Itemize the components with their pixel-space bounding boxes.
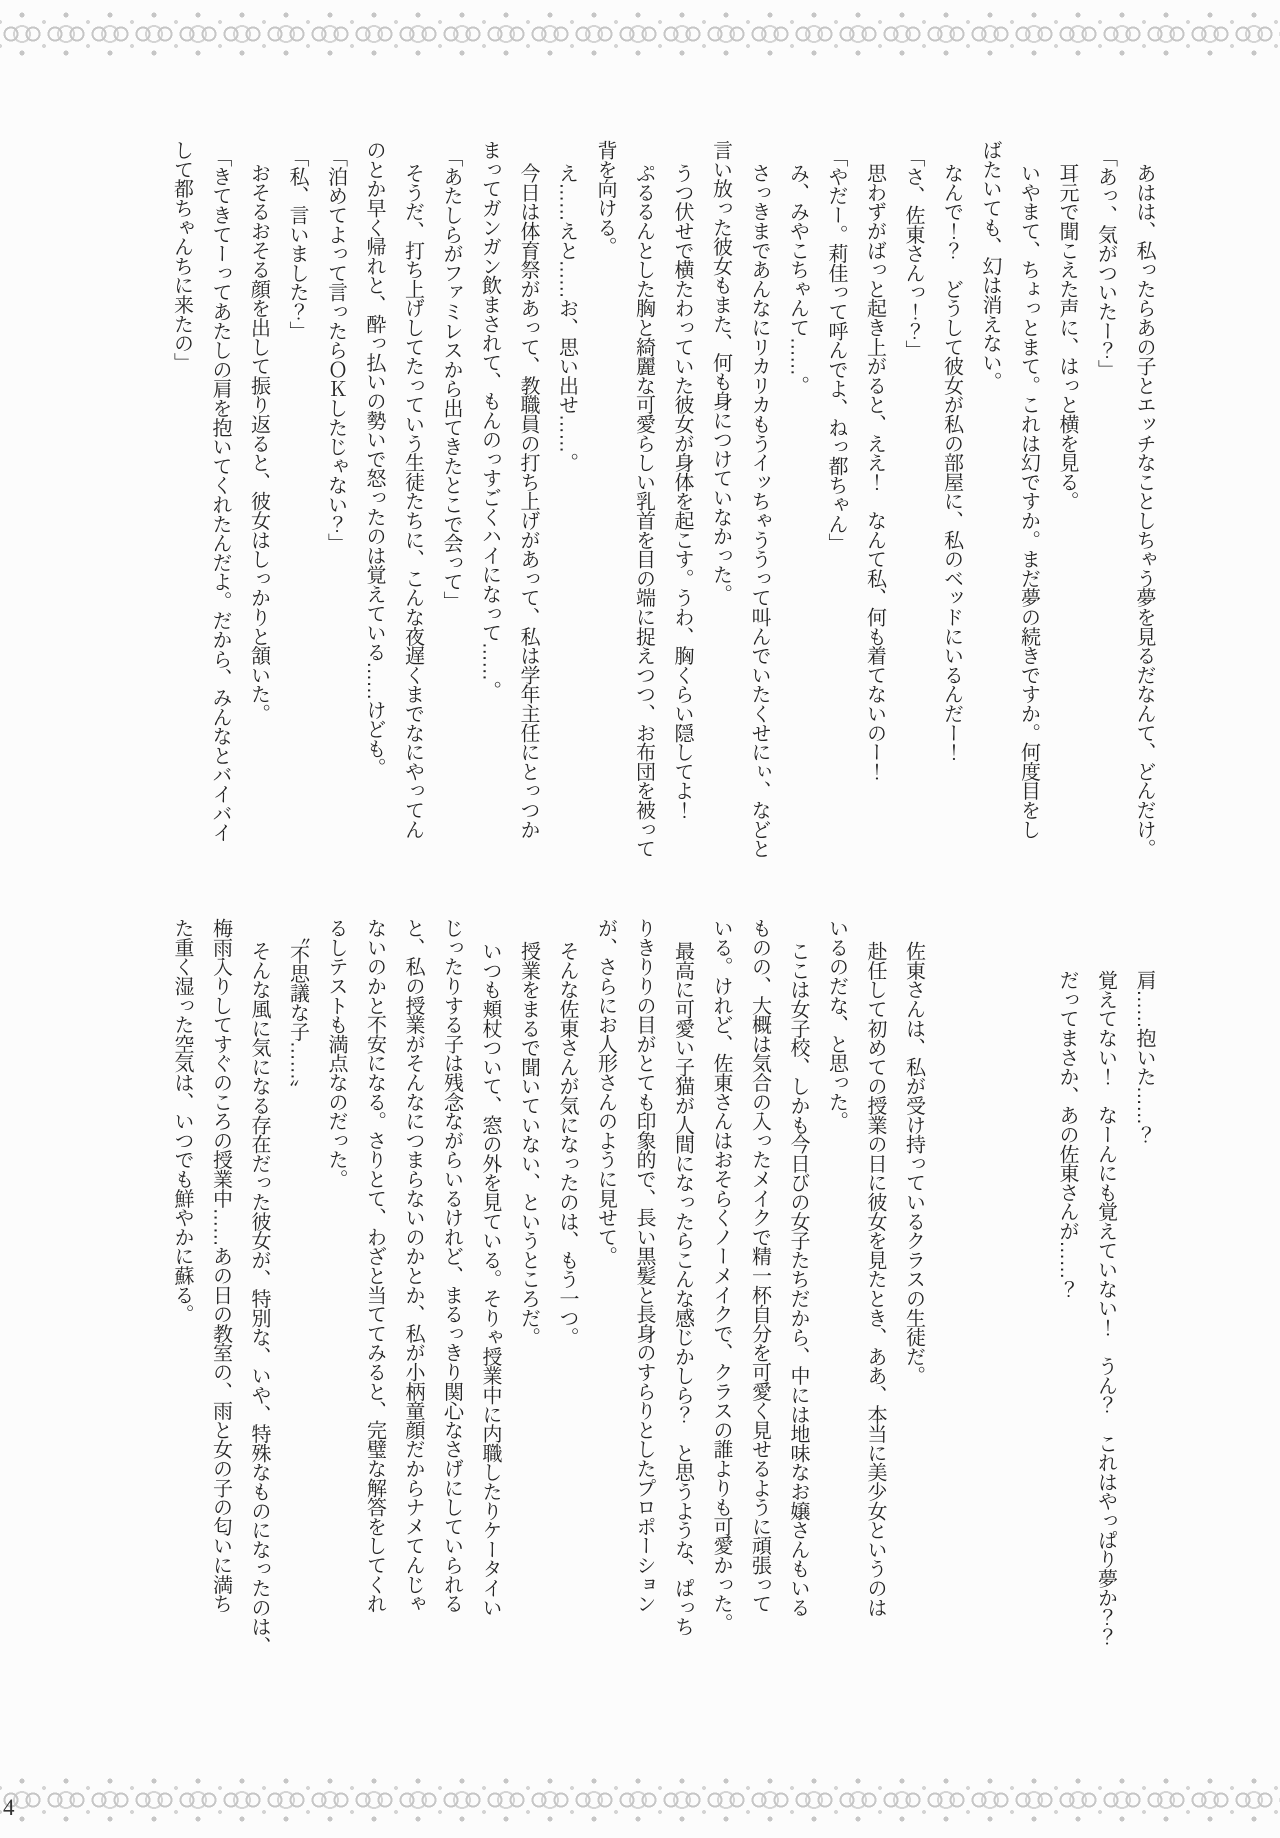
text-line: み、みやこちゃんて……。: [778, 140, 817, 888]
text-line: 肩……抱いた……？: [1125, 918, 1164, 1666]
text-line: 思わずがばっと起き上がると、ええ！ なんて私、何も着てないのー！: [855, 140, 894, 888]
text-line: ここは女子校、しかも今日びの女子たちだから、中には地味なお嬢さんもいる: [779, 918, 818, 1666]
upper-text-block: あはは、私ったらあの子とエッチなことしちゃう夢を見るだなんて、どんだけ。「あっ、…: [162, 140, 1163, 888]
text-line: え……えと……お、思い出せ……。: [547, 140, 586, 888]
lace-border-top: [0, 6, 1280, 62]
text-line: と、私の授業がそんなにつまらないのかとか、私が小柄童顔だからナメてんじゃ: [394, 918, 433, 1666]
text-line: 耳元で聞こえた声に、はっと横を見る。: [1048, 140, 1087, 888]
text-line: 背を向ける。: [586, 140, 625, 888]
text-line: そんな佐東さんが気になったのは、もう一つ。: [548, 918, 587, 1666]
text-line: 授業をまるで聞いていない、というところだ。: [509, 918, 548, 1666]
text-line: そんな風に気になる存在だった彼女が、特別な、いや、特殊なものになったのは、: [240, 918, 279, 1666]
text-line: 梅雨入りしてすぐのころの授業中……あの日の教室の、雨と女の子の匂いに満ち: [201, 918, 240, 1666]
text-line: ばたいても、幻は消えない。: [971, 140, 1010, 888]
text-line: ないのかと不安になる。さりとて、わざと当ててみると、完璧な解答をしてくれ: [355, 918, 394, 1666]
text-line: 「やだー。莉佳って呼んでよ、ねっ都ちゃん」: [817, 140, 856, 888]
text-line: ぷるるんとした胸と綺麗な可愛らしい乳首を目の端に捉えつつ、お布団を被って: [624, 140, 663, 888]
text-line: そうだ、打ち上げしてたっていう生徒たちに、こんな夜遅くまでなにやってん: [393, 140, 432, 888]
scanned-novel-page: あはは、私ったらあの子とエッチなことしちゃう夢を見るだなんて、どんだけ。「あっ、…: [0, 0, 1280, 1838]
text-line: 覚えてない！ なーんにも覚えていない！ うん？ これはやっぱり夢か？？: [1086, 918, 1125, 1666]
text-line: 赴任して初めての授業の日に彼女を見たとき、ああ、本当に美少女というのは: [856, 918, 895, 1666]
text-line: 「あたしらがファミレスから出てきたとこで会って」: [432, 140, 471, 888]
page-number: 4: [3, 1795, 15, 1821]
text-line: じったりする子は残念ながらいるけれど、まるっきり関心なさげにしていられる: [432, 918, 471, 1666]
text-line: りきりりの目がとても印象的で、長い黒髪と長身のすらりとしたプロポーション: [625, 918, 664, 1666]
text-line: 言い放った彼女もまた、何も身につけていなかった。: [701, 140, 740, 888]
text-line: 〝不思議な子……〟: [278, 918, 317, 1666]
text-line: 今日は体育祭があって、教職員の打ち上げがあって、私は学年主任にとっつか: [509, 140, 548, 888]
lower-text-block: 肩……抱いた……？覚えてない！ なーんにも覚えていない！ うん？ これはやっぱり…: [163, 918, 1164, 1666]
text-line: いる。けれど、佐東さんはおそらくノーメイクで、クラスの誰よりも可愛かった。: [702, 918, 741, 1666]
text-line: 「泊めてよって言ったらＯＫしたじゃない？」: [316, 140, 355, 888]
text-line: た重く湿った空気は、いつでも鮮やかに蘇る。: [163, 918, 202, 1666]
text-line: のとか早く帰れと、酔っ払いの勢いで怒ったのは覚えている……けども。: [355, 140, 394, 888]
text-line: 「あっ、気がついたー？」: [1086, 140, 1125, 888]
text-line: 最高に可愛い子猫が人間になったらこんな感じかしら？ と思うような、ぱっち: [663, 918, 702, 1666]
text-line: して都ちゃんちに来たの」: [162, 140, 201, 888]
text-line: いやまて、ちょっとまて。これは幻ですか。まだ夢の続きですか。何度目をし: [1009, 140, 1048, 888]
text-line: おそるおそる顔を出して振り返ると、彼女はしっかりと頷いた。: [239, 140, 278, 888]
text-line: あはは、私ったらあの子とエッチなことしちゃう夢を見るだなんて、どんだけ。: [1125, 140, 1164, 888]
text-line: まってガンガン飲まされて、もんのっすごくハイになって……。: [470, 140, 509, 888]
text-line: 佐東さんは、私が受け持っているクラスの生徒だ。: [894, 918, 933, 1666]
text-line: いるのだな、と思った。: [817, 918, 856, 1666]
text-line: いつも頬杖ついて、窓の外を見ている。そりゃ授業中に内職したりケータイい: [471, 918, 510, 1666]
text-line: が、さらにお人形さんのように見せて。: [586, 918, 625, 1666]
text-line: 「私、言いました？」: [278, 140, 317, 888]
text-line: 「さ、佐東さんっ！？」: [894, 140, 933, 888]
text-line: うつ伏せで横たわっていた彼女が身体を起こす。うわ、胸くらい隠してよ！: [663, 140, 702, 888]
text-line: ものの、大概は気合の入ったメイクで精一杯自分を可愛く見せるように頑張って: [740, 918, 779, 1666]
text-line: さっきまであんなにリカリカもうイッちゃううって叫んでいたくせにぃ、などと: [740, 140, 779, 888]
text-line: だってまさか、あの佐東さんが……？: [1048, 918, 1087, 1666]
text-line: るしテストも満点なのだった。: [317, 918, 356, 1666]
text-line: なんで！？ どうして彼女が私の部屋に、私のベッドにいるんだー！: [932, 140, 971, 888]
lace-border-bottom: [0, 1772, 1280, 1828]
text-line: 「きてきてーってあたしの肩を抱いてくれたんだよ。だから、みんなとバイバイ: [201, 140, 240, 888]
